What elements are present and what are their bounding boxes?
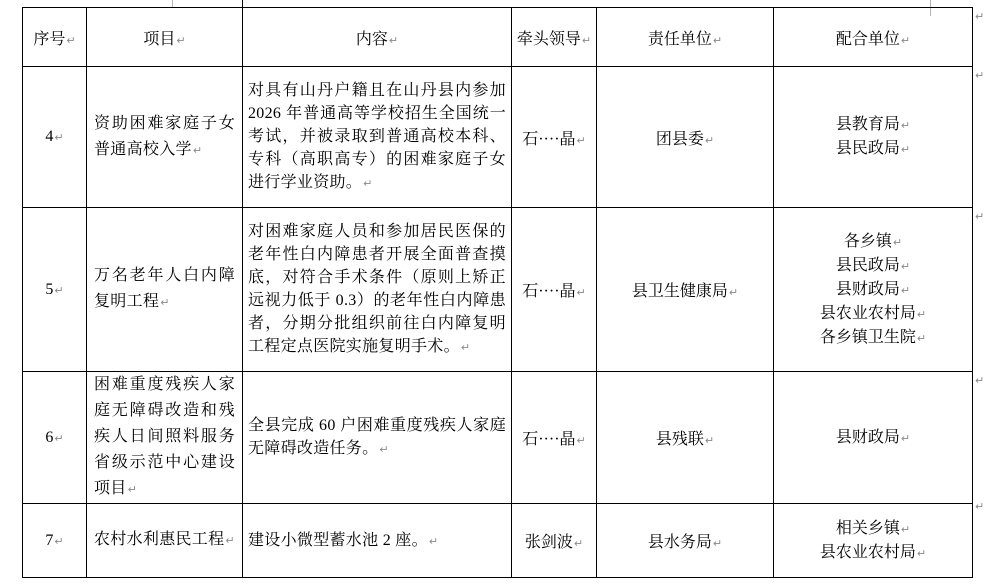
support-unit: 县农业农村局: [820, 544, 916, 561]
cell-responsible[interactable]: 县卫生健康局↵: [597, 208, 774, 372]
paragraph-mark: ↵: [379, 443, 388, 456]
header-leader[interactable]: 牵头领导↵: [512, 8, 597, 67]
cell-leader[interactable]: 石····晶↵: [512, 67, 597, 208]
header-content[interactable]: 内容↵: [243, 8, 512, 67]
paragraph-mark: ↵: [713, 34, 722, 47]
header-label: 牵头领导: [517, 31, 581, 48]
cell-support[interactable]: 各乡镇↵ 县民政局↵ 县财政局↵ 县农业农村局↵ 各乡镇卫生院↵: [774, 208, 973, 372]
cell-support[interactable]: 县教育局↵ 县民政局↵: [774, 67, 973, 208]
header-support[interactable]: 配合单位↵: [774, 8, 973, 67]
paragraph-mark: ↵: [901, 260, 910, 273]
cell-no[interactable]: 5↵: [23, 208, 87, 372]
header-label: 项目: [143, 31, 175, 48]
leader-name: 张剑波: [525, 534, 573, 551]
cell-leader[interactable]: 张剑波↵: [512, 504, 597, 578]
paragraph-mark: ↵: [160, 296, 169, 309]
row-end-mark: ↵: [975, 500, 984, 513]
header-responsible[interactable]: 责任单位↵: [597, 8, 774, 67]
paragraph-mark: ↵: [225, 534, 234, 547]
paragraph-mark: ↵: [917, 547, 926, 560]
cell-leader[interactable]: 石····晶↵: [512, 208, 597, 372]
header-seq[interactable]: 序号↵: [23, 8, 87, 67]
paragraph-mark: ↵: [54, 131, 63, 144]
paragraph-mark: ↵: [901, 523, 910, 536]
paragraph-mark: ↵: [901, 34, 910, 47]
paragraph-mark: ↵: [577, 286, 586, 299]
content-text: 对具有山丹户籍且在山丹县内参加 2026 年普通高等学校招生全国统一考试，并被录…: [248, 82, 506, 191]
header-label: 序号: [33, 31, 65, 48]
leader-name: 石····晶: [522, 431, 575, 448]
paragraph-mark: ↵: [705, 134, 714, 147]
table-row: 6↵ 困难重度残疾人家庭无障碍改造和残疾人日间照料服务省级示范中心建设项目↵ 全…: [23, 372, 973, 504]
paragraph-mark: ↵: [901, 284, 910, 297]
support-unit: 县教育局: [836, 116, 900, 133]
cell-responsible[interactable]: 县残联↵: [597, 372, 774, 504]
support-unit: 县民政局: [836, 257, 900, 274]
leader-name: 石····晶: [522, 283, 575, 300]
header-row: 序号↵ 项目↵ 内容↵ 牵头领导↵ 责任单位↵ 配合单位↵: [23, 8, 973, 67]
paragraph-mark: ↵: [705, 434, 714, 447]
cell-content[interactable]: 对困难家庭人员和参加居民医保的老年性白内障患者开展全面普查摸底，对符合手术条件（…: [243, 208, 512, 372]
paragraph-mark: ↵: [429, 535, 438, 548]
responsible-unit: 县残联: [656, 431, 704, 448]
column-border-tick: [242, 0, 243, 7]
support-unit: 各乡镇: [844, 233, 892, 250]
row-end-mark: ↵: [975, 10, 984, 23]
paragraph-mark: ↵: [461, 341, 470, 354]
support-unit: 各乡镇卫生院: [820, 329, 916, 346]
cell-project[interactable]: 资助困难家庭子女普通高校入学↵: [87, 67, 243, 208]
header-label: 配合单位: [836, 31, 900, 48]
leader-name: 石····晶: [522, 131, 575, 148]
paragraph-mark: ↵: [66, 34, 75, 47]
paragraph-mark: ↵: [577, 134, 586, 147]
paragraph-mark: ↵: [577, 434, 586, 447]
paragraph-mark: ↵: [901, 143, 910, 156]
paragraph-mark: ↵: [901, 432, 910, 445]
paragraph-mark: ↵: [713, 537, 722, 550]
content-text: 建设小微型蓄水池 2 座。: [248, 532, 428, 549]
cell-no[interactable]: 7↵: [23, 504, 87, 578]
seq-number: 6: [45, 429, 53, 446]
cell-support[interactable]: 相关乡镇↵ 县农业农村局↵: [774, 504, 973, 578]
cell-content[interactable]: 建设小微型蓄水池 2 座。↵: [243, 504, 512, 578]
header-label: 内容: [356, 31, 388, 48]
paragraph-mark: ↵: [54, 284, 63, 297]
seq-number: 7: [45, 532, 53, 549]
content-text: 对困难家庭人员和参加居民医保的老年性白内障患者开展全面普查摸底，对符合手术条件（…: [248, 223, 506, 355]
project-text: 困难重度残疾人家庭无障碍改造和残疾人日间照料服务省级示范中心建设项目: [94, 376, 235, 497]
paragraph-mark: ↵: [176, 34, 185, 47]
document-page: 序号↵ 项目↵ 内容↵ 牵头领导↵ 责任单位↵ 配合单位↵ 4↵ 资助困难家庭子…: [0, 0, 991, 586]
paragraph-mark: ↵: [54, 432, 63, 445]
cell-content[interactable]: 对具有山丹户籍且在山丹县内参加 2026 年普通高等学校招生全国统一考试，并被录…: [243, 67, 512, 208]
responsible-unit: 县卫生健康局: [632, 283, 728, 300]
support-unit: 县农业农村局: [820, 305, 916, 322]
responsible-unit: 团县委: [656, 131, 704, 148]
header-label: 责任单位: [648, 31, 712, 48]
paragraph-mark: ↵: [363, 177, 372, 190]
paragraph-mark: ↵: [893, 236, 902, 249]
assignments-table: 序号↵ 项目↵ 内容↵ 牵头领导↵ 责任单位↵ 配合单位↵ 4↵ 资助困难家庭子…: [22, 7, 973, 578]
row-end-mark: ↵: [975, 374, 984, 387]
paragraph-mark: ↵: [389, 34, 398, 47]
cell-project[interactable]: 农村水利惠民工程↵: [87, 504, 243, 578]
support-unit: 县财政局: [836, 281, 900, 298]
paragraph-mark: ↵: [582, 34, 591, 47]
responsible-unit: 县水务局: [648, 534, 712, 551]
paragraph-mark: ↵: [917, 308, 926, 321]
paragraph-mark: ↵: [574, 537, 583, 550]
row-end-mark: ↵: [975, 69, 984, 82]
text-boundary-mark: [172, 0, 173, 7]
cell-no[interactable]: 6↵: [23, 372, 87, 504]
paragraph-mark: ↵: [901, 119, 910, 132]
seq-number: 5: [45, 281, 53, 298]
header-project[interactable]: 项目↵: [87, 8, 243, 67]
row-end-mark: ↵: [975, 210, 984, 223]
paragraph-mark: ↵: [917, 332, 926, 345]
support-unit: 县财政局: [836, 429, 900, 446]
seq-number: 4: [45, 128, 53, 145]
content-text: 全县完成 60 户困难重度残疾人家庭无障碍改造任务。: [248, 417, 506, 457]
cell-no[interactable]: 4↵: [23, 67, 87, 208]
support-unit: 相关乡镇: [836, 520, 900, 537]
table-row: 7↵ 农村水利惠民工程↵ 建设小微型蓄水池 2 座。↵ 张剑波↵ 县水务局↵ 相…: [23, 504, 973, 578]
cell-responsible[interactable]: 团县委↵: [597, 67, 774, 208]
cell-content[interactable]: 全县完成 60 户困难重度残疾人家庭无障碍改造任务。↵: [243, 372, 512, 504]
cell-project[interactable]: 困难重度残疾人家庭无障碍改造和残疾人日间照料服务省级示范中心建设项目↵: [87, 372, 243, 504]
paragraph-mark: ↵: [193, 144, 202, 157]
cell-leader[interactable]: 石····晶↵: [512, 372, 597, 504]
paragraph-mark: ↵: [729, 286, 738, 299]
table-row: 4↵ 资助困难家庭子女普通高校入学↵ 对具有山丹户籍且在山丹县内参加 2026 …: [23, 67, 973, 208]
support-unit: 县民政局: [836, 140, 900, 157]
paragraph-mark: ↵: [54, 535, 63, 548]
cell-responsible[interactable]: 县水务局↵: [597, 504, 774, 578]
cell-project[interactable]: 万名老年人白内障复明工程↵: [87, 208, 243, 372]
project-text: 资助困难家庭子女普通高校入学: [94, 115, 235, 158]
project-text: 农村水利惠民工程: [94, 531, 224, 548]
paragraph-mark: ↵: [128, 483, 137, 496]
table-row: 5↵ 万名老年人白内障复明工程↵ 对困难家庭人员和参加居民医保的老年性白内障患者…: [23, 208, 973, 372]
cell-support[interactable]: 县财政局↵: [774, 372, 973, 504]
